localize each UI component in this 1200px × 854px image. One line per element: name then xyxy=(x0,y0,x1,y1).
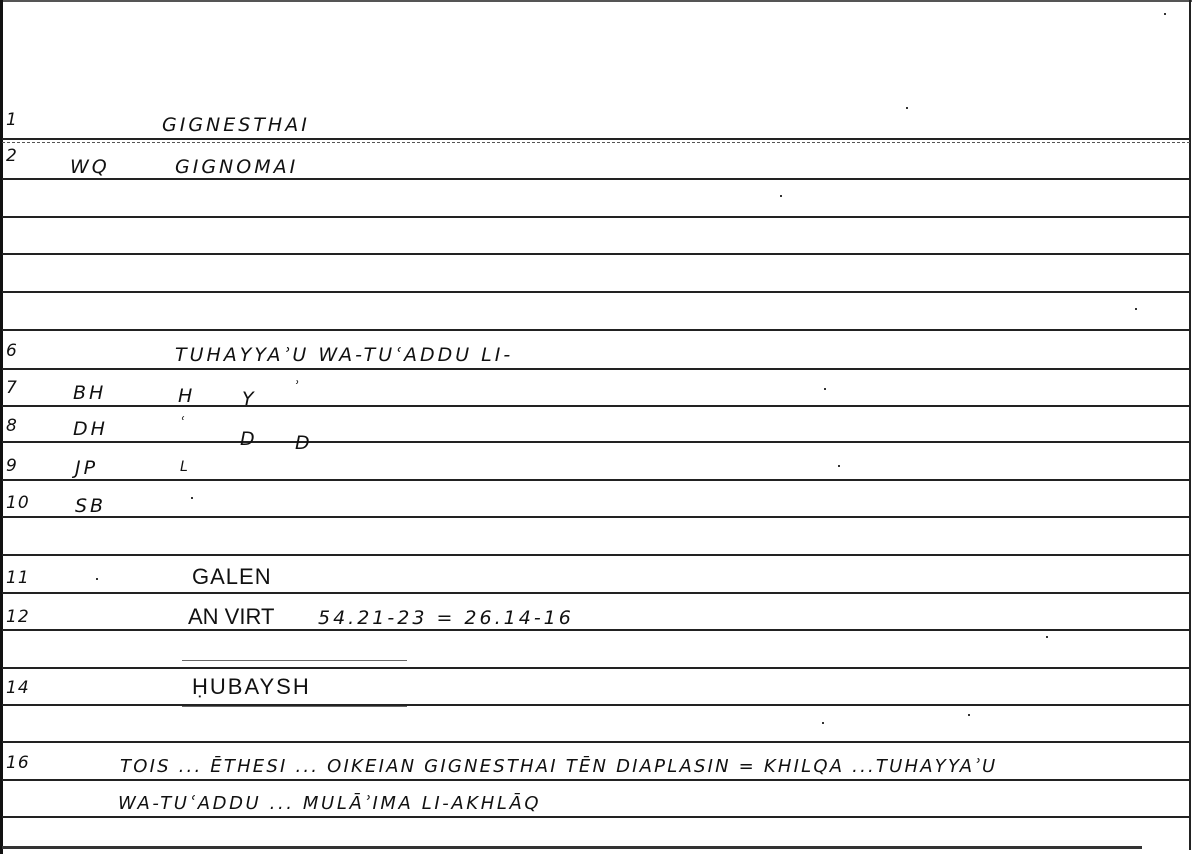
variant-mark: L xyxy=(180,460,188,474)
strip-edge xyxy=(182,660,407,661)
variant-mark: ʾ xyxy=(294,380,298,394)
variant-mark: D xyxy=(240,430,258,449)
variant-mark: ʿ xyxy=(180,416,184,430)
scan-speck xyxy=(906,107,908,109)
quotation-line-1: TOIS ... ĒTHESI ... OIKEIAN GIGNESTHAI T… xyxy=(120,758,997,776)
ruled-line xyxy=(2,291,1190,293)
lemma-entry: GIGNESTHAI xyxy=(162,116,310,135)
source-siglum: WQ xyxy=(70,158,110,177)
source-siglum: DH xyxy=(73,420,108,439)
variant-mark: H xyxy=(178,387,195,406)
line-number: 14 xyxy=(6,680,30,697)
ruled-line-dashed xyxy=(2,142,1190,143)
ruled-line xyxy=(2,138,1190,140)
ruled-line xyxy=(2,592,1190,594)
scan-speck xyxy=(1046,636,1048,638)
line-number: 7 xyxy=(6,380,18,397)
scan-speck xyxy=(838,465,840,467)
ruled-line xyxy=(2,741,1190,743)
ruled-line xyxy=(2,516,1190,518)
ruled-line xyxy=(2,216,1190,218)
ruled-line xyxy=(2,368,1190,370)
line-number: 8 xyxy=(6,418,18,435)
work-reference: 54.21-23 = 26.14-16 xyxy=(318,609,574,628)
scan-speck xyxy=(96,578,98,580)
work-title: AN VIRT xyxy=(188,606,274,628)
ruled-line xyxy=(2,554,1190,556)
ruled-line xyxy=(2,479,1190,481)
scan-speck xyxy=(824,388,826,390)
ruled-line xyxy=(2,779,1190,781)
scan-speck xyxy=(1164,13,1166,15)
ruled-line xyxy=(2,329,1190,331)
ruled-line xyxy=(2,667,1190,669)
scan-speck xyxy=(822,722,824,724)
variant-mark: D xyxy=(295,434,313,453)
strip-edge xyxy=(182,706,407,707)
card-border-left xyxy=(0,0,3,854)
line-number: 9 xyxy=(6,458,18,475)
card-border-right xyxy=(1189,0,1191,850)
line-number: 1 xyxy=(6,112,18,129)
source-siglum: BH xyxy=(73,384,106,403)
line-number: 11 xyxy=(6,570,30,587)
ruled-line xyxy=(2,704,1190,706)
lemma-entry: GIGNOMAI xyxy=(175,158,298,177)
card-border-top xyxy=(0,0,1192,2)
author-name: GALEN xyxy=(192,566,272,588)
line-number: 2 xyxy=(6,148,18,165)
line-number: 6 xyxy=(6,343,18,360)
ruled-line xyxy=(2,629,1190,631)
ruled-line xyxy=(2,441,1190,443)
quotation-line-2: WA-TUʿADDU ... MULĀʾIMA LI-AKHLĀQ xyxy=(118,795,541,813)
source-siglum: JP xyxy=(75,459,98,478)
ruled-line xyxy=(2,178,1190,180)
line-number: 12 xyxy=(6,609,30,626)
source-siglum: SB xyxy=(75,497,106,516)
scan-speck xyxy=(191,497,193,499)
line-number: 16 xyxy=(6,755,30,772)
variant-mark: Y xyxy=(242,390,257,409)
ruled-line xyxy=(2,816,1190,818)
line-number: 10 xyxy=(6,495,30,512)
scan-speck xyxy=(780,195,782,197)
scan-speck xyxy=(1135,308,1137,310)
arabic-translation: TUHAYYAʾU WA-TUʿADDU LI- xyxy=(175,346,513,365)
card-border-bottom xyxy=(2,846,1142,849)
translator-name: ḤUBAYSH xyxy=(192,676,311,698)
index-card: 1 GIGNESTHAI 2 WQ GIGNOMAI 6 TUHAYYAʾU W… xyxy=(0,0,1200,854)
ruled-line xyxy=(2,253,1190,255)
scan-speck xyxy=(968,714,970,716)
